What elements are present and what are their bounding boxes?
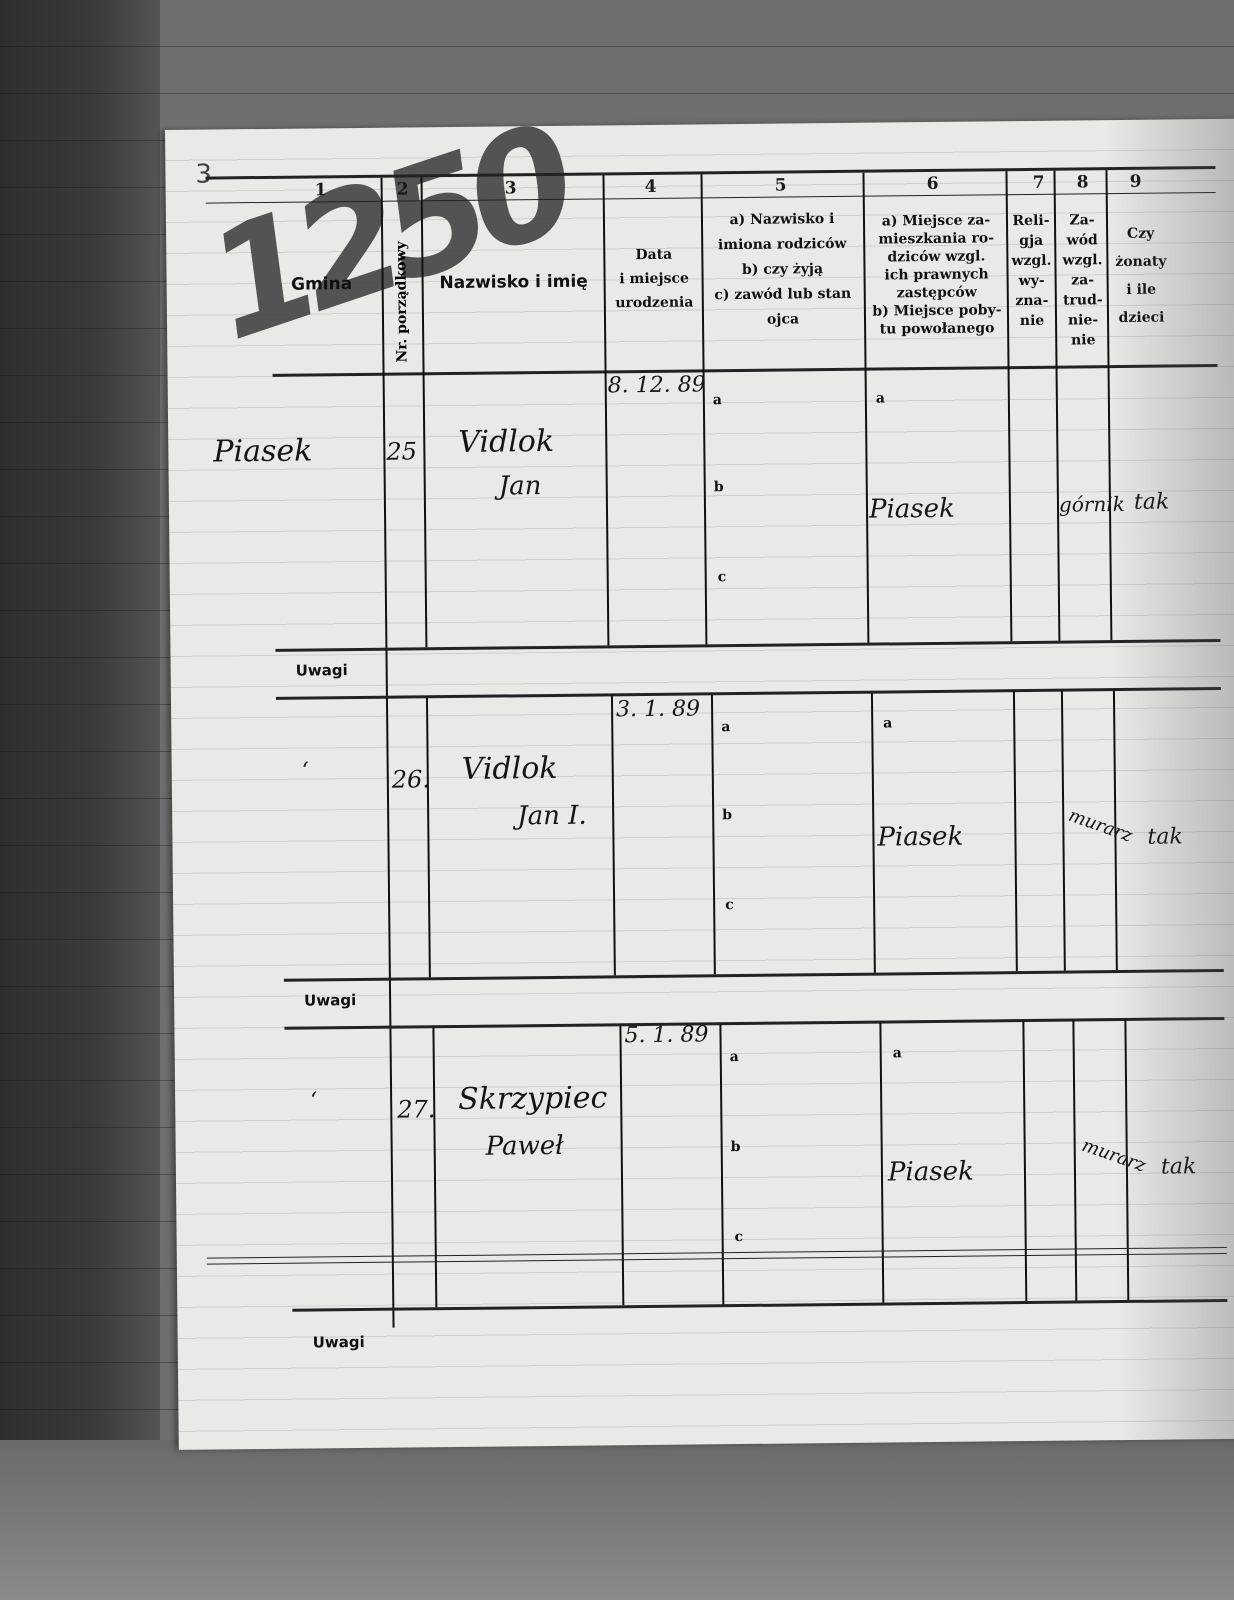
surname-value: Vidlok (458, 424, 554, 460)
given-name-value: Jan (499, 471, 542, 501)
sub-label-a: a (876, 390, 885, 406)
col-divider-6b (1013, 691, 1018, 971)
given-name-value: Jan I. (517, 801, 587, 832)
nr-value: 26. (392, 765, 430, 793)
scan-bottom-area (0, 1440, 1234, 1600)
remarks-bottom-rule (284, 1017, 1224, 1030)
residence-b-value: Piasek (877, 822, 963, 853)
nr-value: 25 (386, 437, 417, 465)
occupation-value: murarz (1066, 805, 1135, 847)
sub-label-c: c (725, 897, 734, 913)
birth-date-value: 3. 1. 89 (616, 696, 700, 722)
col-number-4: 4 (636, 177, 666, 197)
residence-b-value: Piasek (888, 1157, 974, 1188)
col-number-5: 5 (766, 175, 796, 195)
col-divider-7c (1072, 1021, 1077, 1301)
col-divider-1 (381, 178, 395, 1328)
remarks-top-rule (275, 639, 1220, 652)
col-number-1: 1 (306, 180, 336, 200)
col-divider-3c (619, 1025, 624, 1305)
col-divider-5b (871, 693, 876, 973)
occupation-value: murarz (1079, 1135, 1148, 1177)
bottom-double-rule-2 (207, 1253, 1227, 1265)
married-value: tak (1161, 1154, 1197, 1179)
nr-value: 27. (397, 1095, 435, 1123)
gmina-value: Piasek (213, 433, 312, 469)
register-sheet: 3 1250 1 2 3 4 5 6 7 8 9 Gmina Nr. porzą… (165, 119, 1234, 1450)
corner-page-number: 3 (195, 160, 212, 190)
married-value: tak (1147, 824, 1183, 849)
col-divider-4b (711, 694, 716, 974)
given-name-value: Paweł (486, 1131, 564, 1162)
birth-date-value: 5. 1. 89 (624, 1022, 708, 1048)
col-number-9: 9 (1120, 172, 1150, 192)
col-number-3: 3 (496, 178, 526, 198)
gmina-ditto-mark: ʻ (310, 1088, 317, 1113)
col-divider-2c (432, 1027, 437, 1307)
col-divider-5c (879, 1023, 884, 1303)
occupation-value: górnik (1059, 492, 1125, 517)
header-rodzice: a) Nazwisko i imiona rodziców b) czy żyj… (703, 207, 862, 334)
surname-value: Vidlok (462, 751, 558, 787)
col-divider-2b (426, 697, 431, 977)
married-value: tak (1134, 490, 1170, 515)
header-miejsce-zamieszkania: a) Miejsce za- mieszkania ro- dziców wzg… (866, 211, 1007, 338)
sub-label-b: b (731, 1139, 741, 1155)
header-data-urodzenia: Data i miejsce urodzenia (606, 242, 702, 315)
header-religia: Reli- gja wzgl. wy- zna- nie (1009, 211, 1054, 331)
sub-label-c: c (735, 1229, 744, 1245)
remarks-top-rule (284, 969, 1224, 982)
header-zonaty: Czy żonaty i ile dzieci (1108, 219, 1174, 332)
col-divider-7b (1061, 691, 1066, 971)
sub-label-b: b (714, 479, 724, 495)
col-divider-6c (1022, 1021, 1027, 1301)
sub-label-c: c (718, 569, 727, 585)
sub-label-a: a (893, 1045, 902, 1061)
sub-label-a: a (713, 392, 722, 408)
col-number-8: 8 (1067, 172, 1097, 192)
gmina-ditto-mark: ʻ (302, 759, 309, 784)
col-number-2: 2 (388, 179, 418, 199)
col-number-6: 6 (918, 174, 948, 194)
bottom-double-rule-1 (207, 1247, 1227, 1259)
surname-value: Skrzypiec (458, 1080, 608, 1117)
header-nr-porzadkowy: Nr. porządkowy (393, 241, 410, 362)
sub-label-a: a (721, 719, 730, 735)
remarks-label: Uwagi (313, 1333, 365, 1352)
col-divider-4c (719, 1024, 724, 1304)
header-gmina: Gmina (267, 276, 377, 294)
header-nazwisko-imie: Nazwisko i imię (429, 273, 599, 292)
sub-label-b: b (722, 807, 732, 823)
remarks-bottom-rule (276, 687, 1221, 700)
archive-number-stamp: 1250 (188, 95, 586, 375)
remarks-label: Uwagi (304, 991, 356, 1010)
sub-label-a: a (883, 715, 892, 731)
col-number-7: 7 (1023, 173, 1053, 193)
remarks-label: Uwagi (296, 661, 348, 680)
sub-label-a: a (730, 1049, 739, 1065)
residence-b-value: Piasek (869, 494, 955, 525)
remarks-top-rule (292, 1299, 1227, 1312)
col-divider-3b (611, 695, 616, 975)
header-zawod: Za- wód wzgl. za- trud- nie- nie (1058, 210, 1107, 350)
header-bottom-rule (273, 364, 1218, 377)
birth-date-value: 8. 12. 89 (608, 372, 706, 398)
